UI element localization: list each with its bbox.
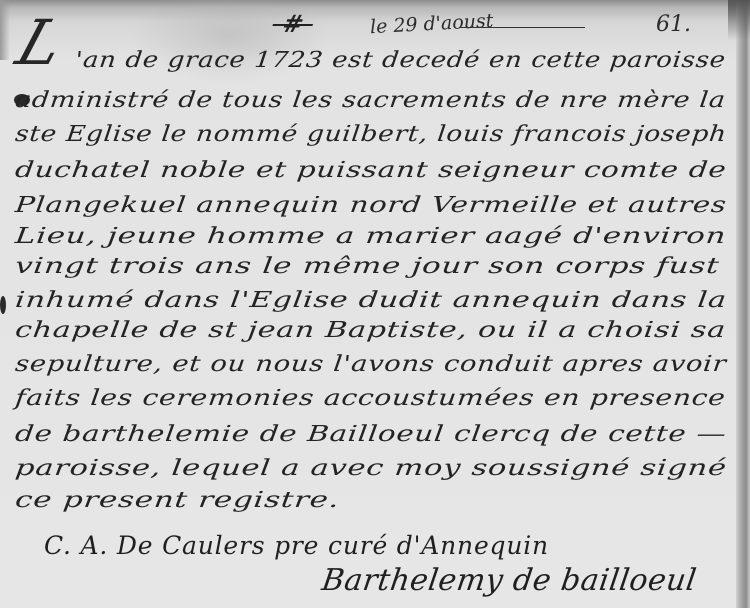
signature-witness: Barthelemy de bailloeul bbox=[320, 566, 699, 596]
entry-line: 'an de grace 1723 est decedé en cette pa… bbox=[74, 50, 727, 72]
page-right-edge bbox=[736, 0, 750, 608]
entry-line: faits les ceremonies accoustumées en pre… bbox=[14, 388, 727, 410]
entry-date: le 29 d'aoust bbox=[370, 10, 494, 38]
margin-hole bbox=[0, 296, 6, 314]
entry-line: ste Eglise le nommé guilbert, louis fran… bbox=[14, 124, 728, 146]
entry-line: Lieu, jeune homme a marier aagé d'enviro… bbox=[14, 226, 727, 248]
page-number: 61. bbox=[656, 12, 691, 37]
register-page: # le 29 d'aoust 61. L 'an de grace 1723 … bbox=[0, 0, 750, 608]
header-underline bbox=[460, 27, 585, 28]
entry-line: inhumé dans l'Eglise dudit annequin dans… bbox=[14, 290, 728, 312]
entry-line: administré de tous les sacrements de nre… bbox=[14, 90, 727, 112]
entry-line: de barthelemie de Bailloeul clercq de ce… bbox=[14, 424, 728, 446]
signature-cure: C. A. De Caulers pre curé d'Annequin bbox=[44, 533, 549, 558]
entry-line: vingt trois ans le même jour son corps f… bbox=[14, 256, 720, 278]
entry-line: duchatel noble et puissant seigneur comt… bbox=[14, 160, 728, 182]
page-corner-shadow bbox=[728, 0, 750, 40]
entry-line: sepulture, et ou nous l'avons conduit ap… bbox=[14, 354, 728, 376]
entry-line: paroisse, lequel a avec moy soussigné si… bbox=[14, 458, 728, 480]
entry-line: chapelle de st jean Baptiste, ou il a ch… bbox=[14, 320, 727, 342]
entry-line: ce present registre. bbox=[14, 490, 341, 512]
entry-line: Plangekuel annequin nord Vermeille et au… bbox=[14, 195, 728, 217]
decorative-initial: L bbox=[10, 12, 71, 74]
page-left-shadow bbox=[0, 0, 10, 60]
header-mark: # bbox=[279, 10, 305, 38]
